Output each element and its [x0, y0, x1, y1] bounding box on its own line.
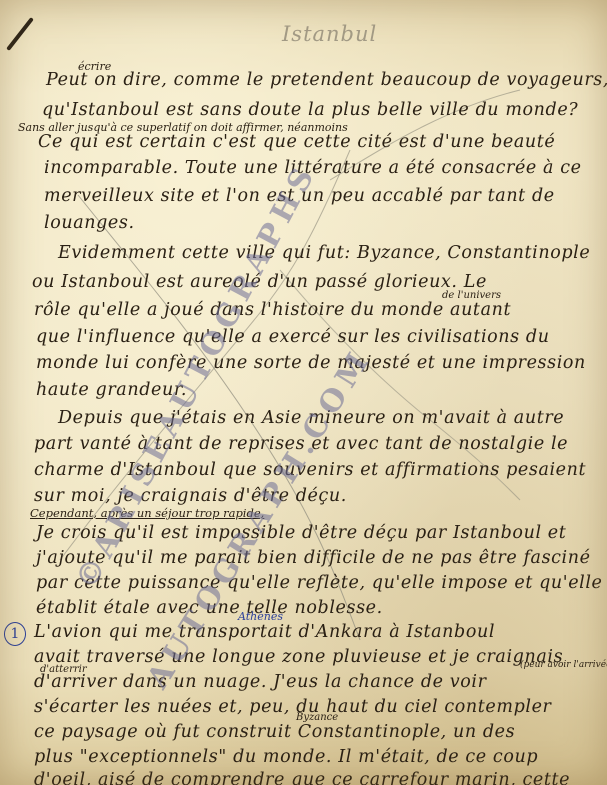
- manuscript-line: monde lui confère une sorte de majesté e…: [36, 353, 586, 373]
- corner-pen-mark: [6, 17, 34, 51]
- manuscript-line: ce paysage où fut construit Constantinop…: [34, 722, 515, 742]
- manuscript-line: Je crois qu'il est impossible d'être déç…: [36, 523, 566, 543]
- note-athenes: Athènes: [238, 610, 283, 623]
- pencil-heading: Istanbul: [282, 22, 377, 46]
- manuscript-line: Evidemment cette ville qui fut: Byzance,…: [58, 243, 590, 263]
- manuscript-line: charme d'Istanboul que souvenirs et affi…: [34, 460, 586, 480]
- manuscript-line: L'avion qui me transportait d'Ankara à I…: [34, 622, 495, 642]
- manuscript-line: qu'Istanboul est sans doute la plus bell…: [42, 100, 578, 120]
- manuscript-page: Istanbul Peut on dire, comme le pretende…: [0, 0, 607, 785]
- manuscript-line: louanges.: [44, 213, 135, 233]
- manuscript-line: établit étale avec une telle noblesse.: [36, 598, 383, 618]
- manuscript-line: part vanté à tant de reprises et avec ta…: [34, 434, 568, 454]
- manuscript-line: Depuis que j'étais en Asie mineure on m'…: [58, 408, 564, 428]
- manuscript-line: plus "exceptionnels" du monde. Il m'étai…: [34, 747, 538, 767]
- manuscript-line: d'oeil, aisé de comprendre que ce carref…: [34, 770, 570, 785]
- manuscript-line: que l'influence qu'elle a exercé sur les…: [36, 327, 550, 347]
- manuscript-line: ou Istanboul est aureolé d'un passé glor…: [32, 272, 487, 292]
- manuscript-line: Peut on dire, comme le pretendent beauco…: [46, 70, 607, 90]
- manuscript-line: incomparable. Toute une littérature a ét…: [44, 158, 582, 178]
- manuscript-line: d'arriver dans un nuage. J'eus la chance…: [34, 672, 487, 692]
- note-sans-aller: Sans aller jusqu'à ce superlatif on doit…: [18, 121, 348, 134]
- manuscript-line: s'écarter les nuées et, peu, du haut du …: [34, 697, 552, 717]
- manuscript-line: merveilleux site et l'on est un peu acca…: [44, 186, 555, 206]
- manuscript-line: haute grandeur.: [36, 380, 187, 400]
- manuscript-line: j'ajoute qu'il me parait bien difficile …: [36, 548, 591, 568]
- manuscript-line: Ce qui est certain c'est que cette cité …: [38, 132, 555, 152]
- note-univers: de l'univers: [442, 290, 501, 301]
- manuscript-line: par cette puissance qu'elle reflète, qu'…: [36, 573, 603, 593]
- manuscript-line: rôle qu'elle a joué dans l'histoire du m…: [34, 300, 511, 320]
- manuscript-line: sur moi, je craignais d'être déçu.: [34, 486, 347, 506]
- note-ecrire: écrire: [78, 60, 111, 73]
- note-peur: (peur avoir l'arrivée): [520, 660, 607, 670]
- note-cependant: Cependant, après un séjour trop rapide,: [30, 506, 264, 520]
- manuscript-line: avait traversé une longue zone pluvieuse…: [34, 647, 563, 667]
- margin-circled-number: 1: [4, 622, 26, 646]
